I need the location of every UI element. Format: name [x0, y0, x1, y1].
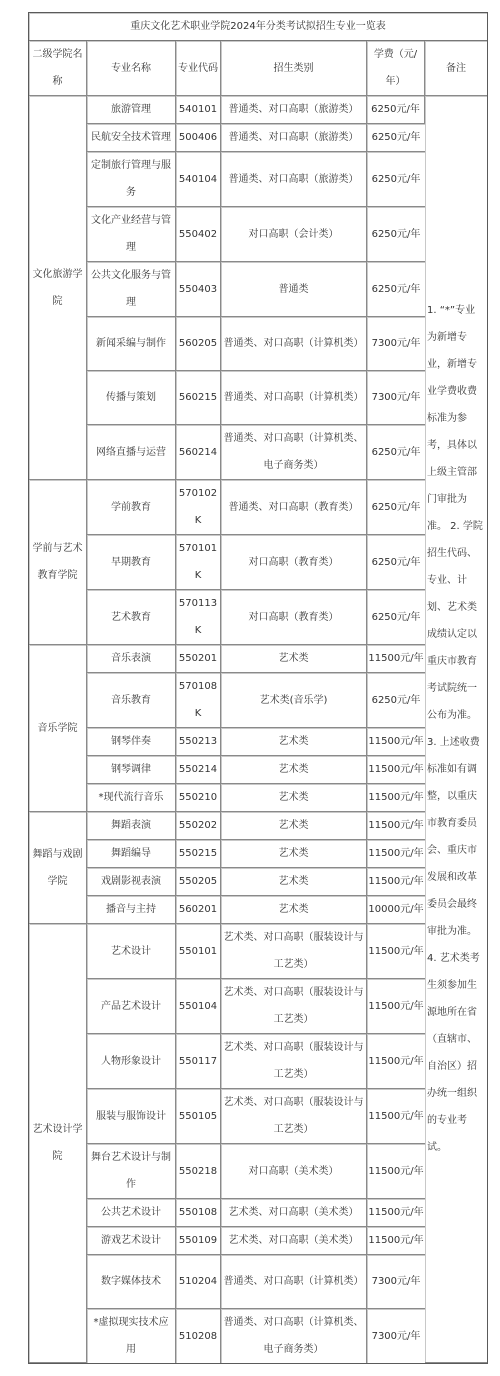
category-cell: 艺术类、对口高职（服装设计与工艺类） [221, 1089, 367, 1144]
table-row: 民航安全技术管理 500406 普通类、对口高职（旅游类） 6250元/年 [29, 124, 487, 152]
fee-cell: 11500元/年 [367, 1089, 425, 1144]
category-cell: 艺术类、对口高职（服装设计与工艺类） [221, 924, 367, 979]
category-cell: 普通类、对口高职（计算机类、电子商务类） [221, 1309, 367, 1363]
fee-cell: 6250元/年 [367, 535, 425, 590]
table-row: 艺术设计学院 艺术设计 550101 艺术类、对口高职（服装设计与工艺类） 11… [29, 924, 487, 979]
code-cell: 560201 [176, 896, 221, 924]
table-row: 钢琴调律 550214 艺术类 11500元/年 [29, 756, 487, 784]
major-cell: 舞蹈编导 [87, 840, 176, 868]
fee-cell: 7300元/年 [367, 1255, 425, 1309]
major-cell: 播音与主持 [87, 896, 176, 924]
table-row: 音乐教育 570108K 艺术类(音乐学) 6250元/年 [29, 673, 487, 728]
code-cell: 510204 [176, 1255, 221, 1309]
table-row: 舞蹈编导 550215 艺术类 11500元/年 [29, 840, 487, 868]
major-cell: 公共文化服务与管理 [87, 262, 176, 317]
fee-cell: 7300元/年 [367, 317, 425, 371]
code-cell: 550104 [176, 979, 221, 1034]
code-cell: 560214 [176, 425, 221, 480]
major-cell: 音乐教育 [87, 673, 176, 728]
table-row: 音乐学院 音乐表演 550201 艺术类 11500元/年 [29, 645, 487, 673]
header-category: 招生类别 [221, 41, 367, 96]
table-row: 早期教育 570101K 对口高职（教育类） 6250元/年 [29, 535, 487, 590]
code-cell: 570113K [176, 590, 221, 645]
major-cell: 文化产业经营与管理 [87, 207, 176, 262]
major-cell: 公共艺术设计 [87, 1199, 176, 1227]
category-cell: 普通类、对口高职（旅游类） [221, 124, 367, 152]
code-cell: 550403 [176, 262, 221, 317]
table-row: 产品艺术设计 550104 艺术类、对口高职（服装设计与工艺类） 11500元/… [29, 979, 487, 1034]
major-cell: 钢琴伴奏 [87, 728, 176, 756]
table-row: 学前与艺术教育学院 学前教育 570102K 普通类、对口高职（教育类） 625… [29, 480, 487, 535]
major-cell: 定制旅行管理与服务 [87, 152, 176, 207]
category-cell: 普通类、对口高职（计算机类） [221, 317, 367, 371]
college-cell: 舞蹈与戏剧学院 [29, 812, 87, 924]
fee-cell: 11500元/年 [367, 840, 425, 868]
fee-cell: 10000元/年 [367, 896, 425, 924]
fee-cell: 6250元/年 [367, 480, 425, 535]
category-cell: 普通类、对口高职（计算机类） [221, 1255, 367, 1309]
table-row: 戏剧影视表演 550205 艺术类 11500元/年 [29, 868, 487, 896]
major-cell: 游戏艺术设计 [87, 1227, 176, 1255]
table-row: 人物形象设计 550117 艺术类、对口高职（服装设计与工艺类） 11500元/… [29, 1034, 487, 1089]
header-fee: 学费（元/年） [367, 41, 425, 96]
code-cell: 550101 [176, 924, 221, 979]
code-cell: 550210 [176, 784, 221, 812]
code-cell: 550218 [176, 1144, 221, 1199]
fee-cell: 7300元/年 [367, 371, 425, 425]
major-cell: 产品艺术设计 [87, 979, 176, 1034]
fee-cell: 11500元/年 [367, 924, 425, 979]
header-code: 专业代码 [176, 41, 221, 96]
major-cell: 钢琴调律 [87, 756, 176, 784]
table-row: 服装与服饰设计 550105 艺术类、对口高职（服装设计与工艺类） 11500元… [29, 1089, 487, 1144]
code-cell: 510208 [176, 1309, 221, 1363]
category-cell: 艺术类、对口高职（服装设计与工艺类） [221, 1034, 367, 1089]
table-row: 游戏艺术设计 550109 艺术类、对口高职（美术类） 11500元/年 [29, 1227, 487, 1255]
major-cell: 舞台艺术设计与制作 [87, 1144, 176, 1199]
major-cell: *虚拟现实技术应用 [87, 1309, 176, 1363]
category-cell: 艺术类 [221, 784, 367, 812]
major-cell: 旅游管理 [87, 96, 176, 124]
category-cell: 艺术类 [221, 812, 367, 840]
major-cell: *现代流行音乐 [87, 784, 176, 812]
category-cell: 普通类、对口高职（旅游类） [221, 96, 367, 124]
category-cell: 对口高职（教育类） [221, 535, 367, 590]
category-cell: 艺术类 [221, 896, 367, 924]
table-row: 数字媒体技术 510204 普通类、对口高职（计算机类） 7300元/年 [29, 1255, 487, 1309]
code-cell: 550213 [176, 728, 221, 756]
major-cell: 民航安全技术管理 [87, 124, 176, 152]
fee-cell: 6250元/年 [367, 673, 425, 728]
major-cell: 数字媒体技术 [87, 1255, 176, 1309]
fee-cell: 11500元/年 [367, 728, 425, 756]
enrollment-table: 重庆文化艺术职业学院2024年分类考试拟招生专业一览表 二级学院名称 专业名称 … [28, 12, 488, 1364]
table-row: 传播与策划 560215 普通类、对口高职（计算机类） 7300元/年 [29, 371, 487, 425]
major-cell: 网络直播与运营 [87, 425, 176, 480]
fee-cell: 11500元/年 [367, 784, 425, 812]
header-note: 备注 [425, 41, 487, 96]
major-cell: 传播与策划 [87, 371, 176, 425]
table-header-row: 二级学院名称 专业名称 专业代码 招生类别 学费（元/年） 备注 [29, 41, 487, 96]
fee-cell: 11500元/年 [367, 1034, 425, 1089]
fee-cell: 6250元/年 [367, 425, 425, 480]
header-major: 专业名称 [87, 41, 176, 96]
fee-cell: 6250元/年 [367, 124, 425, 152]
category-cell: 普通类、对口高职（教育类） [221, 480, 367, 535]
college-cell: 艺术设计学院 [29, 924, 87, 1363]
table-row: 播音与主持 560201 艺术类 10000元/年 [29, 896, 487, 924]
fee-cell: 11500元/年 [367, 1144, 425, 1199]
category-cell: 普通类 [221, 262, 367, 317]
code-cell: 550205 [176, 868, 221, 896]
major-cell: 早期教育 [87, 535, 176, 590]
code-cell: 540104 [176, 152, 221, 207]
enrollment-table-container: 重庆文化艺术职业学院2024年分类考试拟招生专业一览表 二级学院名称 专业名称 … [28, 12, 486, 1364]
code-cell: 570102K [176, 480, 221, 535]
code-cell: 550202 [176, 812, 221, 840]
code-cell: 540101 [176, 96, 221, 124]
category-cell: 普通类、对口高职（旅游类） [221, 152, 367, 207]
code-cell: 560215 [176, 371, 221, 425]
major-cell: 人物形象设计 [87, 1034, 176, 1089]
fee-cell: 6250元/年 [367, 590, 425, 645]
category-cell: 艺术类、对口高职（美术类） [221, 1199, 367, 1227]
code-cell: 560205 [176, 317, 221, 371]
table-row: 公共艺术设计 550108 艺术类、对口高职（美术类） 11500元/年 [29, 1199, 487, 1227]
category-cell: 艺术类 [221, 756, 367, 784]
college-cell: 音乐学院 [29, 645, 87, 812]
major-cell: 舞蹈表演 [87, 812, 176, 840]
fee-cell: 6250元/年 [367, 152, 425, 207]
fee-cell: 6250元/年 [367, 96, 425, 124]
category-cell: 艺术类 [221, 868, 367, 896]
table-row: 舞蹈与戏剧学院 舞蹈表演 550202 艺术类 11500元/年 [29, 812, 487, 840]
category-cell: 对口高职（会计类） [221, 207, 367, 262]
fee-cell: 7300元/年 [367, 1309, 425, 1363]
category-cell: 艺术类、对口高职（美术类） [221, 1227, 367, 1255]
category-cell: 艺术类 [221, 728, 367, 756]
major-cell: 艺术教育 [87, 590, 176, 645]
table-row: *虚拟现实技术应用 510208 普通类、对口高职（计算机类、电子商务类） 73… [29, 1309, 487, 1363]
code-cell: 550109 [176, 1227, 221, 1255]
code-cell: 550105 [176, 1089, 221, 1144]
header-college: 二级学院名称 [29, 41, 87, 96]
fee-cell: 11500元/年 [367, 645, 425, 673]
table-row: 网络直播与运营 560214 普通类、对口高职（计算机类、电子商务类） 6250… [29, 425, 487, 480]
fee-cell: 11500元/年 [367, 812, 425, 840]
category-cell: 艺术类 [221, 645, 367, 673]
category-cell: 对口高职（美术类） [221, 1144, 367, 1199]
fee-cell: 11500元/年 [367, 1227, 425, 1255]
category-cell: 艺术类(音乐学) [221, 673, 367, 728]
table-row: 新闻采编与制作 560205 普通类、对口高职（计算机类） 7300元/年 [29, 317, 487, 371]
category-cell: 对口高职（教育类） [221, 590, 367, 645]
table-row: 钢琴伴奏 550213 艺术类 11500元/年 [29, 728, 487, 756]
table-row: 舞台艺术设计与制作 550218 对口高职（美术类） 11500元/年 [29, 1144, 487, 1199]
major-cell: 新闻采编与制作 [87, 317, 176, 371]
table-row: 艺术教育 570113K 对口高职（教育类） 6250元/年 [29, 590, 487, 645]
major-cell: 学前教育 [87, 480, 176, 535]
table-row: 文化旅游学院 旅游管理 540101 普通类、对口高职（旅游类） 6250元/年… [29, 96, 487, 124]
code-cell: 500406 [176, 124, 221, 152]
category-cell: 普通类、对口高职（计算机类、电子商务类） [221, 425, 367, 480]
code-cell: 550402 [176, 207, 221, 262]
major-cell: 艺术设计 [87, 924, 176, 979]
table-row: 文化产业经营与管理 550402 对口高职（会计类） 6250元/年 [29, 207, 487, 262]
college-cell: 文化旅游学院 [29, 96, 87, 480]
fee-cell: 11500元/年 [367, 756, 425, 784]
note-cell: 1. “*”专业为新增专业，新增专业学费收费标准为参考，具体以上级主管部门审批为… [425, 96, 487, 1363]
code-cell: 550117 [176, 1034, 221, 1089]
table-row: 公共文化服务与管理 550403 普通类 6250元/年 [29, 262, 487, 317]
code-cell: 570108K [176, 673, 221, 728]
major-cell: 音乐表演 [87, 645, 176, 673]
major-cell: 戏剧影视表演 [87, 868, 176, 896]
fee-cell: 6250元/年 [367, 262, 425, 317]
fee-cell: 11500元/年 [367, 1199, 425, 1227]
category-cell: 艺术类、对口高职（服装设计与工艺类） [221, 979, 367, 1034]
fee-cell: 6250元/年 [367, 207, 425, 262]
fee-cell: 11500元/年 [367, 979, 425, 1034]
code-cell: 550215 [176, 840, 221, 868]
code-cell: 550214 [176, 756, 221, 784]
table-row: *现代流行音乐 550210 艺术类 11500元/年 [29, 784, 487, 812]
fee-cell: 11500元/年 [367, 868, 425, 896]
college-cell: 学前与艺术教育学院 [29, 480, 87, 645]
code-cell: 570101K [176, 535, 221, 590]
table-title: 重庆文化艺术职业学院2024年分类考试拟招生专业一览表 [29, 13, 487, 41]
table-row: 定制旅行管理与服务 540104 普通类、对口高职（旅游类） 6250元/年 [29, 152, 487, 207]
code-cell: 550201 [176, 645, 221, 673]
major-cell: 服装与服饰设计 [87, 1089, 176, 1144]
category-cell: 艺术类 [221, 840, 367, 868]
category-cell: 普通类、对口高职（计算机类） [221, 371, 367, 425]
code-cell: 550108 [176, 1199, 221, 1227]
